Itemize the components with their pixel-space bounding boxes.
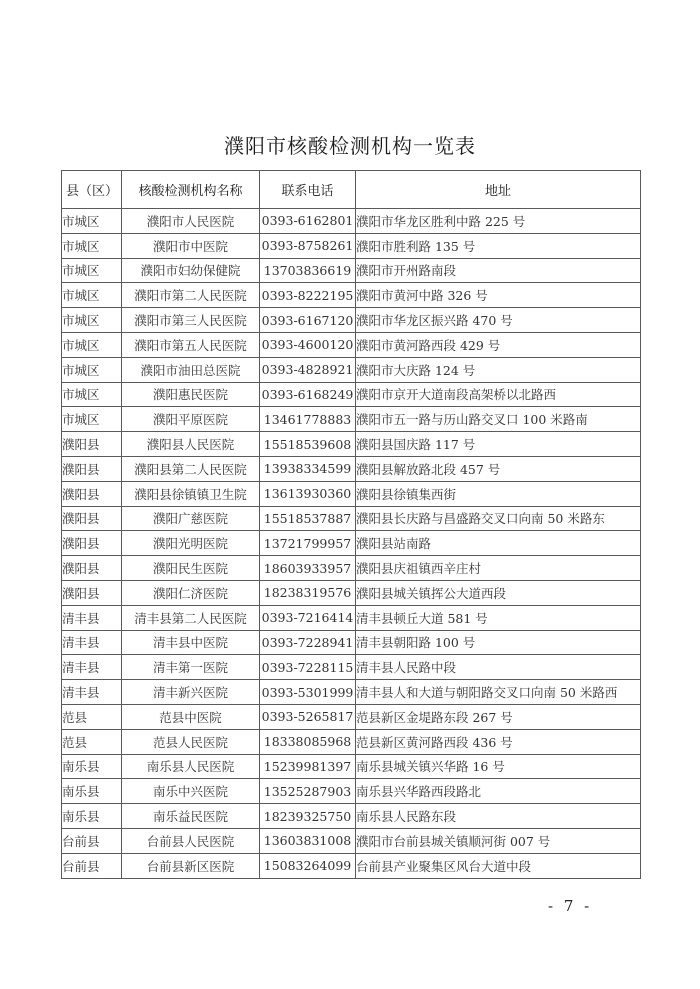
cell-county: 濮阳县 <box>62 481 122 506</box>
table-row: 濮阳县濮阳民生医院18603933957濮阳县庆祖镇西辛庄村 <box>62 556 641 581</box>
cell-phone: 13613930360 <box>260 481 356 506</box>
table-row: 市城区濮阳平原医院13461778883濮阳市五一路与历山路交叉口 100 米路… <box>62 407 641 432</box>
header-address: 地址 <box>356 171 641 209</box>
cell-institution-name: 濮阳县第二人民医院 <box>122 456 260 481</box>
table-row: 市城区濮阳惠民医院0393-6168249濮阳市京开大道南段高架桥以北路西 <box>62 382 641 407</box>
cell-phone: 13525287903 <box>260 779 356 804</box>
cell-address: 清丰县人民路中段 <box>356 655 641 680</box>
table-row: 濮阳县濮阳广慈医院15518537887濮阳县长庆路与昌盛路交叉口向南 50 米… <box>62 506 641 531</box>
cell-county: 市城区 <box>62 357 122 382</box>
cell-phone: 18603933957 <box>260 556 356 581</box>
cell-county: 濮阳县 <box>62 580 122 605</box>
cell-institution-name: 濮阳民生医院 <box>122 556 260 581</box>
table-row: 濮阳县濮阳县徐镇镇卫生院13613930360濮阳县徐镇集西街 <box>62 481 641 506</box>
cell-county: 濮阳县 <box>62 531 122 556</box>
cell-address: 濮阳县国庆路 117 号 <box>356 432 641 457</box>
table-row: 市城区濮阳市妇幼保健院13703836619濮阳市开州路南段 <box>62 258 641 283</box>
cell-phone: 0393-6168249 <box>260 382 356 407</box>
cell-institution-name: 范县人民医院 <box>122 729 260 754</box>
cell-phone: 0393-4828921 <box>260 357 356 382</box>
cell-phone: 13703836619 <box>260 258 356 283</box>
cell-institution-name: 清丰县中医院 <box>122 630 260 655</box>
cell-county: 南乐县 <box>62 779 122 804</box>
table-row: 清丰县清丰第一医院0393-7228115清丰县人民路中段 <box>62 655 641 680</box>
page-number: - 7 - <box>548 897 592 915</box>
cell-institution-name: 清丰县第二人民医院 <box>122 605 260 630</box>
table-row: 南乐县南乐中兴医院13525287903南乐县兴华路西段路北 <box>62 779 641 804</box>
header-county: 县（区） <box>62 171 122 209</box>
cell-county: 濮阳县 <box>62 456 122 481</box>
cell-institution-name: 濮阳市油田总医院 <box>122 357 260 382</box>
cell-county: 市城区 <box>62 233 122 258</box>
cell-county: 南乐县 <box>62 754 122 779</box>
cell-address: 濮阳市大庆路 124 号 <box>356 357 641 382</box>
cell-phone: 0393-6162801 <box>260 209 356 234</box>
cell-phone: 15239981397 <box>260 754 356 779</box>
cell-phone: 13461778883 <box>260 407 356 432</box>
table-row: 清丰县清丰新兴医院0393-5301999清丰县人和大道与朝阳路交叉口向南 50… <box>62 680 641 705</box>
table-row: 市城区濮阳市第五人民医院0393-4600120濮阳市黄河路西段 429 号 <box>62 332 641 357</box>
cell-county: 清丰县 <box>62 655 122 680</box>
cell-address: 濮阳市开州路南段 <box>356 258 641 283</box>
cell-institution-name: 濮阳平原医院 <box>122 407 260 432</box>
cell-address: 清丰县人和大道与朝阳路交叉口向南 50 米路西 <box>356 680 641 705</box>
table-row: 范县范县中医院0393-5265817范县新区金堤路东段 267 号 <box>62 704 641 729</box>
cell-address: 濮阳县庆祖镇西辛庄村 <box>356 556 641 581</box>
table-row: 市城区濮阳市中医院0393-8758261濮阳市胜利路 135 号 <box>62 233 641 258</box>
testing-institutions-table: 县（区） 核酸检测机构名称 联系电话 地址 市城区濮阳市人民医院0393-616… <box>61 170 641 879</box>
cell-address: 濮阳市胜利路 135 号 <box>356 233 641 258</box>
cell-county: 台前县 <box>62 828 122 853</box>
cell-county: 南乐县 <box>62 804 122 829</box>
cell-institution-name: 台前县新区医院 <box>122 853 260 878</box>
cell-institution-name: 濮阳市人民医院 <box>122 209 260 234</box>
cell-county: 清丰县 <box>62 680 122 705</box>
cell-phone: 0393-5301999 <box>260 680 356 705</box>
cell-institution-name: 濮阳市第三人民医院 <box>122 308 260 333</box>
cell-phone: 0393-5265817 <box>260 704 356 729</box>
cell-address: 范县新区黄河路西段 436 号 <box>356 729 641 754</box>
cell-county: 市城区 <box>62 283 122 308</box>
cell-phone: 0393-8222195 <box>260 283 356 308</box>
cell-phone: 15083264099 <box>260 853 356 878</box>
table-body: 市城区濮阳市人民医院0393-6162801濮阳市华龙区胜利中路 225 号市城… <box>62 209 641 879</box>
cell-address: 南乐县城关镇兴华路 16 号 <box>356 754 641 779</box>
cell-institution-name: 濮阳市中医院 <box>122 233 260 258</box>
cell-institution-name: 濮阳仁济医院 <box>122 580 260 605</box>
cell-address: 濮阳市黄河路西段 429 号 <box>356 332 641 357</box>
table-row: 濮阳县濮阳县人民医院15518539608濮阳县国庆路 117 号 <box>62 432 641 457</box>
cell-phone: 0393-7228115 <box>260 655 356 680</box>
cell-phone: 13721799957 <box>260 531 356 556</box>
cell-institution-name: 濮阳县人民医院 <box>122 432 260 457</box>
cell-address: 清丰县顿丘大道 581 号 <box>356 605 641 630</box>
cell-county: 市城区 <box>62 308 122 333</box>
cell-county: 市城区 <box>62 382 122 407</box>
cell-institution-name: 濮阳惠民医院 <box>122 382 260 407</box>
cell-address: 范县新区金堤路东段 267 号 <box>356 704 641 729</box>
cell-phone: 13603831008 <box>260 828 356 853</box>
table-row: 南乐县南乐县人民医院15239981397南乐县城关镇兴华路 16 号 <box>62 754 641 779</box>
cell-institution-name: 濮阳市第五人民医院 <box>122 332 260 357</box>
cell-phone: 15518537887 <box>260 506 356 531</box>
cell-institution-name: 清丰新兴医院 <box>122 680 260 705</box>
table-row: 清丰县清丰县第二人民医院0393-7216414清丰县顿丘大道 581 号 <box>62 605 641 630</box>
cell-institution-name: 南乐县人民医院 <box>122 754 260 779</box>
table-row: 市城区濮阳市第二人民医院0393-8222195濮阳市黄河中路 326 号 <box>62 283 641 308</box>
cell-address: 濮阳县城关镇挥公大道西段 <box>356 580 641 605</box>
cell-county: 市城区 <box>62 209 122 234</box>
cell-address: 南乐县人民路东段 <box>356 804 641 829</box>
cell-county: 清丰县 <box>62 630 122 655</box>
table-row: 濮阳县濮阳光明医院13721799957濮阳县站南路 <box>62 531 641 556</box>
cell-address: 濮阳市华龙区胜利中路 225 号 <box>356 209 641 234</box>
cell-county: 市城区 <box>62 332 122 357</box>
cell-phone: 0393-4600120 <box>260 332 356 357</box>
table-row: 清丰县清丰县中医院0393-7228941清丰县朝阳路 100 号 <box>62 630 641 655</box>
cell-address: 濮阳市京开大道南段高架桥以北路西 <box>356 382 641 407</box>
table-row: 濮阳县濮阳县第二人民医院13938334599濮阳县解放路北段 457 号 <box>62 456 641 481</box>
cell-institution-name: 台前县人民医院 <box>122 828 260 853</box>
cell-phone: 0393-6167120 <box>260 308 356 333</box>
cell-county: 濮阳县 <box>62 556 122 581</box>
table-row: 市城区濮阳市油田总医院0393-4828921濮阳市大庆路 124 号 <box>62 357 641 382</box>
cell-address: 濮阳市黄河中路 326 号 <box>356 283 641 308</box>
table-header-row: 县（区） 核酸检测机构名称 联系电话 地址 <box>62 171 641 209</box>
cell-institution-name: 范县中医院 <box>122 704 260 729</box>
cell-address: 濮阳市台前县城关镇顺河街 007 号 <box>356 828 641 853</box>
cell-institution-name: 濮阳市第二人民医院 <box>122 283 260 308</box>
table-row: 南乐县南乐益民医院18239325750南乐县人民路东段 <box>62 804 641 829</box>
table-row: 范县范县人民医院18338085968范县新区黄河路西段 436 号 <box>62 729 641 754</box>
header-institution-name: 核酸检测机构名称 <box>122 171 260 209</box>
cell-county: 范县 <box>62 729 122 754</box>
cell-county: 市城区 <box>62 258 122 283</box>
page-title: 濮阳市核酸检测机构一览表 <box>0 130 700 159</box>
cell-institution-name: 濮阳广慈医院 <box>122 506 260 531</box>
cell-institution-name: 清丰第一医院 <box>122 655 260 680</box>
cell-county: 清丰县 <box>62 605 122 630</box>
cell-county: 濮阳县 <box>62 432 122 457</box>
cell-county: 市城区 <box>62 407 122 432</box>
cell-address: 濮阳市华龙区振兴路 470 号 <box>356 308 641 333</box>
cell-phone: 18338085968 <box>260 729 356 754</box>
table-row: 市城区濮阳市第三人民医院0393-6167120濮阳市华龙区振兴路 470 号 <box>62 308 641 333</box>
cell-county: 濮阳县 <box>62 506 122 531</box>
table-row: 台前县台前县人民医院13603831008濮阳市台前县城关镇顺河街 007 号 <box>62 828 641 853</box>
cell-address: 濮阳县徐镇集西街 <box>356 481 641 506</box>
cell-address: 清丰县朝阳路 100 号 <box>356 630 641 655</box>
cell-address: 濮阳县解放路北段 457 号 <box>356 456 641 481</box>
cell-address: 濮阳县站南路 <box>356 531 641 556</box>
table-row: 市城区濮阳市人民医院0393-6162801濮阳市华龙区胜利中路 225 号 <box>62 209 641 234</box>
cell-phone: 13938334599 <box>260 456 356 481</box>
header-phone: 联系电话 <box>260 171 356 209</box>
cell-phone: 0393-7216414 <box>260 605 356 630</box>
cell-phone: 18239325750 <box>260 804 356 829</box>
cell-address: 濮阳县长庆路与昌盛路交叉口向南 50 米路东 <box>356 506 641 531</box>
cell-institution-name: 濮阳市妇幼保健院 <box>122 258 260 283</box>
cell-phone: 0393-7228941 <box>260 630 356 655</box>
cell-phone: 15518539608 <box>260 432 356 457</box>
cell-institution-name: 濮阳县徐镇镇卫生院 <box>122 481 260 506</box>
cell-address: 台前县产业聚集区风台大道中段 <box>356 853 641 878</box>
cell-institution-name: 南乐益民医院 <box>122 804 260 829</box>
cell-county: 范县 <box>62 704 122 729</box>
cell-institution-name: 濮阳光明医院 <box>122 531 260 556</box>
table-row: 濮阳县濮阳仁济医院18238319576濮阳县城关镇挥公大道西段 <box>62 580 641 605</box>
cell-phone: 0393-8758261 <box>260 233 356 258</box>
cell-phone: 18238319576 <box>260 580 356 605</box>
cell-address: 南乐县兴华路西段路北 <box>356 779 641 804</box>
cell-address: 濮阳市五一路与历山路交叉口 100 米路南 <box>356 407 641 432</box>
table-row: 台前县台前县新区医院15083264099台前县产业聚集区风台大道中段 <box>62 853 641 878</box>
cell-institution-name: 南乐中兴医院 <box>122 779 260 804</box>
cell-county: 台前县 <box>62 853 122 878</box>
